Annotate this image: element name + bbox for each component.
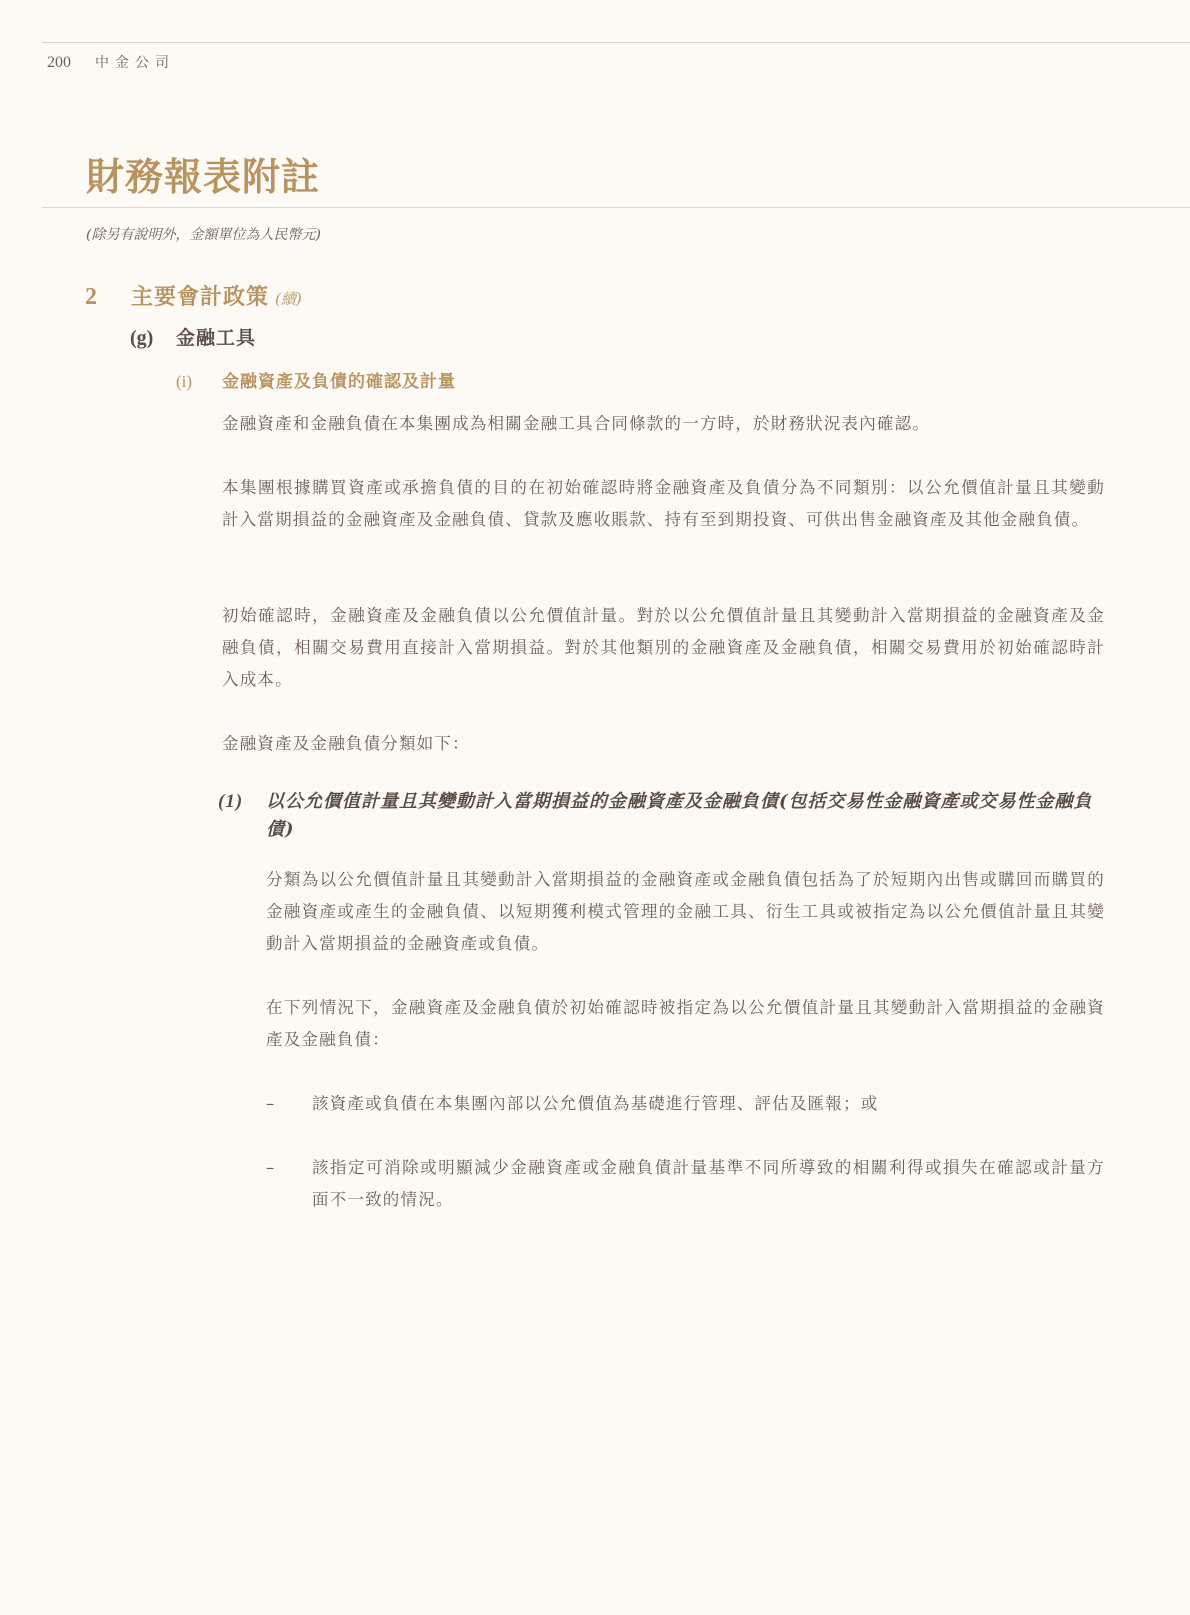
section-number: 2 — [85, 284, 131, 311]
paragraph-categories-intro: 金融資產及金融負債分類如下： — [222, 728, 1105, 760]
subsubsection-heading: (i) 金融資產及負債的確認及計量 — [176, 367, 456, 392]
paragraph-initial-measurement: 初始確認時，金融資產及金融負債以公允價值計量。對於以公允價值計量且其變動計入當期… — [222, 600, 1105, 696]
subsection-number: (g) — [130, 327, 176, 350]
page-number: 200 — [47, 54, 71, 72]
subsection-title: 金融工具 — [176, 323, 256, 350]
bullet-text: 該資產或負債在本集團內部以公允價值為基礎進行管理、評估及匯報；或 — [312, 1088, 1105, 1120]
item-1-heading: (1) 以公允價值計量且其變動計入當期損益的金融資產及金融負債(包括交易性金融資… — [218, 788, 1105, 844]
page-title: 財務報表附註 — [86, 146, 320, 201]
section-heading: 2 主要會計政策 (續) — [85, 280, 302, 311]
section-continued: (續) — [275, 288, 302, 309]
bullet-item: – 該資產或負債在本集團內部以公允價值為基礎進行管理、評估及匯報；或 — [266, 1088, 1105, 1120]
running-header: 200 中金公司 — [47, 52, 175, 72]
bullet-item: – 該指定可消除或明顯減少金融資產或金融負債計量基準不同所導致的相關利得或損失在… — [266, 1152, 1105, 1216]
item-1-title: 以公允價值計量且其變動計入當期損益的金融資產及金融負債(包括交易性金融資產或交易… — [266, 788, 1105, 844]
header-rule — [42, 42, 1190, 43]
paragraph-recognition: 金融資產和金融負債在本集團成為相關金融工具合同條款的一方時，於財務狀況表內確認。 — [222, 408, 1105, 440]
bullet-text: 該指定可消除或明顯減少金融資產或金融負債計量基準不同所導致的相關利得或損失在確認… — [312, 1152, 1105, 1216]
subsubsection-title: 金融資產及負債的確認及計量 — [222, 367, 456, 392]
section-title: 主要會計政策 — [131, 280, 269, 311]
paragraph-classification: 本集團根據購買資產或承擔負債的目的在初始確認時將金融資產及負債分為不同類別：以公… — [222, 472, 1105, 536]
company-name: 中金公司 — [95, 52, 175, 72]
title-rule — [42, 207, 1190, 208]
unit-note: (除另有說明外，金額單位為人民幣元) — [86, 224, 321, 244]
subsubsection-number: (i) — [176, 372, 222, 392]
item-1-paragraph-designation: 在下列情況下，金融資產及金融負債於初始確認時被指定為以公允價值計量且其變動計入當… — [266, 992, 1105, 1056]
dash-marker: – — [266, 1088, 312, 1120]
subsection-heading: (g) 金融工具 — [130, 323, 256, 350]
dash-marker: – — [266, 1152, 312, 1216]
item-1-number: (1) — [218, 788, 266, 844]
item-1-paragraph-definition: 分類為以公允價值計量且其變動計入當期損益的金融資產或金融負債包括為了於短期內出售… — [266, 864, 1105, 960]
